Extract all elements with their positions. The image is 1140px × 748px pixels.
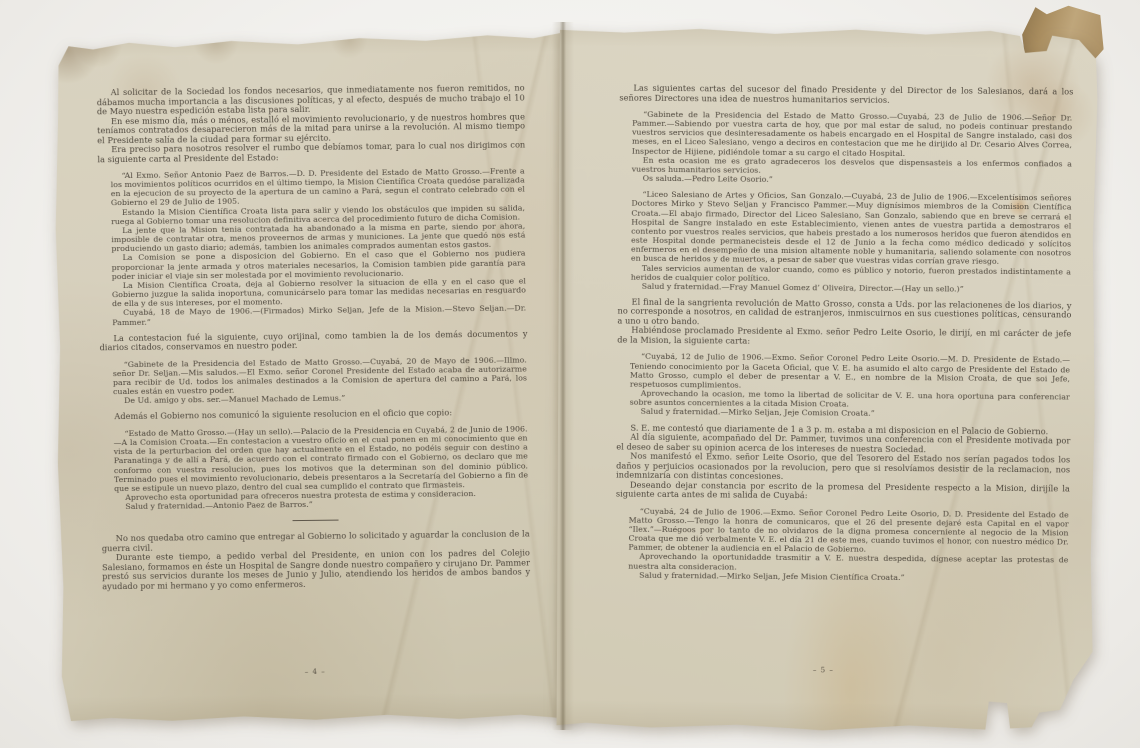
- section-divider: [293, 520, 339, 522]
- paragraph: Además el Gobierno nos comunicó la sigui…: [100, 408, 528, 422]
- paragraph: Durante este tiempo, a pedido verbal del…: [102, 549, 530, 592]
- paragraph: “Gabinete de la Presidencia del Estado d…: [632, 110, 1072, 160]
- paragraph: “Cuyabá, 12 de Julio de 1906.—Exmo. Seño…: [630, 352, 1070, 392]
- paragraph: Deseando dejar constancia por escrito de…: [616, 480, 1070, 503]
- photo-backdrop: Al solicitar de la Sociedad los fondos n…: [0, 0, 1140, 748]
- paragraph: “Gabinete de la Presidencia del Estado d…: [113, 355, 527, 396]
- page-right-wrapper: Las siguientes cartas del sucesor del fi…: [554, 25, 1098, 733]
- paragraph: “Liceo Salesiano de Artes y Oficios, San…: [631, 190, 1072, 267]
- paragraph: “Al Exmo. Señor Antonio Paez de Barros.—…: [111, 166, 525, 207]
- paragraph: “Cuyabá, 24 de Julio de 1906.—Exmo. Seño…: [628, 506, 1068, 556]
- document-page-left: Al solicitar de la Sociedad los fondos n…: [52, 31, 572, 725]
- paragraph: “Estado de Matto Grosso.—(Hay un sello).…: [113, 424, 528, 493]
- document-page-right: Las siguientes cartas del sucesor del fi…: [554, 25, 1098, 733]
- paragraph: La contestacion fué la siguiente, cuyo o…: [99, 329, 527, 353]
- paragraph: Habiéndose proclamado Presidente al Exmo…: [617, 326, 1071, 349]
- page-number-left: – 4 –: [59, 665, 571, 679]
- paragraph: Las siguientes cartas del sucesor del fi…: [619, 84, 1073, 107]
- paragraph: Era preciso para nosotros resolver el ru…: [97, 140, 525, 164]
- page-right-text: Las siguientes cartas del sucesor del fi…: [615, 84, 1073, 584]
- page-left-wrapper: Al solicitar de la Sociedad los fondos n…: [52, 31, 572, 725]
- page-left-text: Al solicitar de la Sociedad los fondos n…: [97, 83, 531, 591]
- paragraph: Cuyabá, 18 de Mayo de 1906.—(Firmados) M…: [112, 304, 526, 327]
- page-number-right: – 5 –: [554, 664, 1092, 677]
